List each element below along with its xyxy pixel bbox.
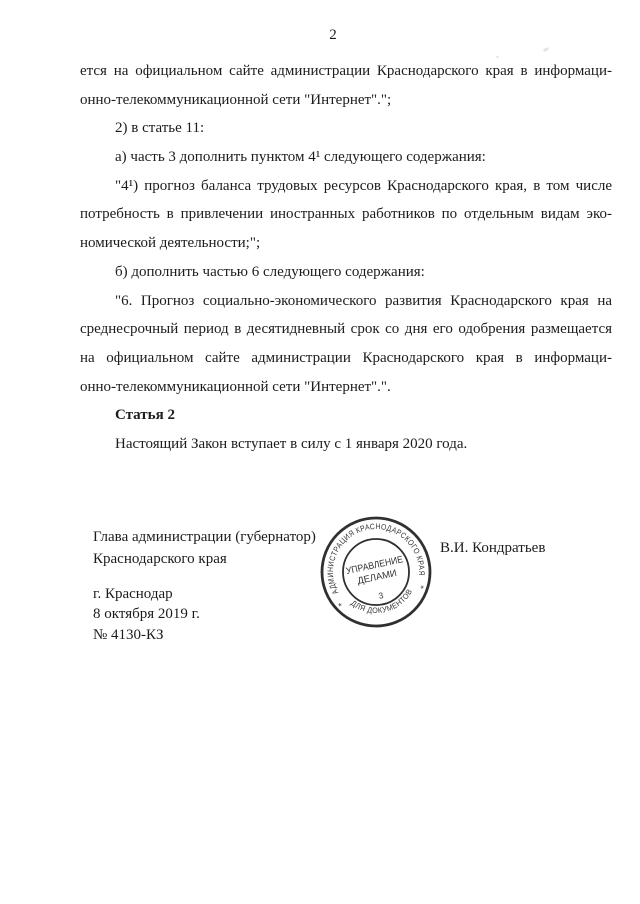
body-line: среднесрочный период в десятидневный сро… xyxy=(80,315,612,344)
page-number: 2 xyxy=(80,27,586,44)
signature-city: г. Краснодар xyxy=(93,584,200,604)
stamp-separator-left: * xyxy=(338,601,344,612)
stamp-inner-number: 3 xyxy=(378,590,385,601)
body-line: ется на официальном сайте администрации … xyxy=(80,57,612,86)
body-line: "4¹) прогноз баланса трудовых ресурсов К… xyxy=(80,172,612,201)
law-text-block: ется на официальном сайте администрации … xyxy=(80,57,612,459)
signatory-position: Глава администрации (губернатор) Краснод… xyxy=(93,527,316,570)
body-line: онно-телекоммуникационной сети "Интернет… xyxy=(80,373,612,402)
body-line: потребность в привлечении иностранных ра… xyxy=(80,200,612,229)
signatory-name: В.И. Кондратьев xyxy=(440,540,545,557)
body-line: на официальном сайте администрации Красн… xyxy=(80,344,612,373)
body-line: номической деятельности;"; xyxy=(80,229,612,258)
article-2-text: Настоящий Закон вступает в силу с 1 янва… xyxy=(80,430,612,459)
body-line: б) дополнить частью 6 следующего содержа… xyxy=(80,258,612,287)
document-number: № 4130-КЗ xyxy=(93,625,200,645)
article-2-heading: Статья 2 xyxy=(80,401,612,430)
stamp-separator-right: * xyxy=(420,583,426,594)
scan-artifact xyxy=(543,47,550,53)
signature-details: г. Краснодар 8 октября 2019 г. № 4130-КЗ xyxy=(93,584,200,645)
body-line: "6. Прогноз социально-экономического раз… xyxy=(80,287,612,316)
document-page: 2 ется на официальном сайте администраци… xyxy=(0,0,640,904)
body-line: онно-телекоммуникационной сети "Интернет… xyxy=(80,86,612,115)
official-stamp: АДМИНИСТРАЦИЯ КРАСНОДАРСКОГО КРАЯ ДЛЯ ДО… xyxy=(306,502,446,642)
signatory-position-line1: Глава администрации (губернатор) xyxy=(93,527,316,549)
signatory-position-line2: Краснодарского края xyxy=(93,549,316,571)
body-line: 2) в статье 11: xyxy=(80,114,612,143)
scan-artifact xyxy=(496,56,499,58)
signature-date: 8 октября 2019 г. xyxy=(93,604,200,624)
body-line: а) часть 3 дополнить пунктом 4¹ следующе… xyxy=(80,143,612,172)
